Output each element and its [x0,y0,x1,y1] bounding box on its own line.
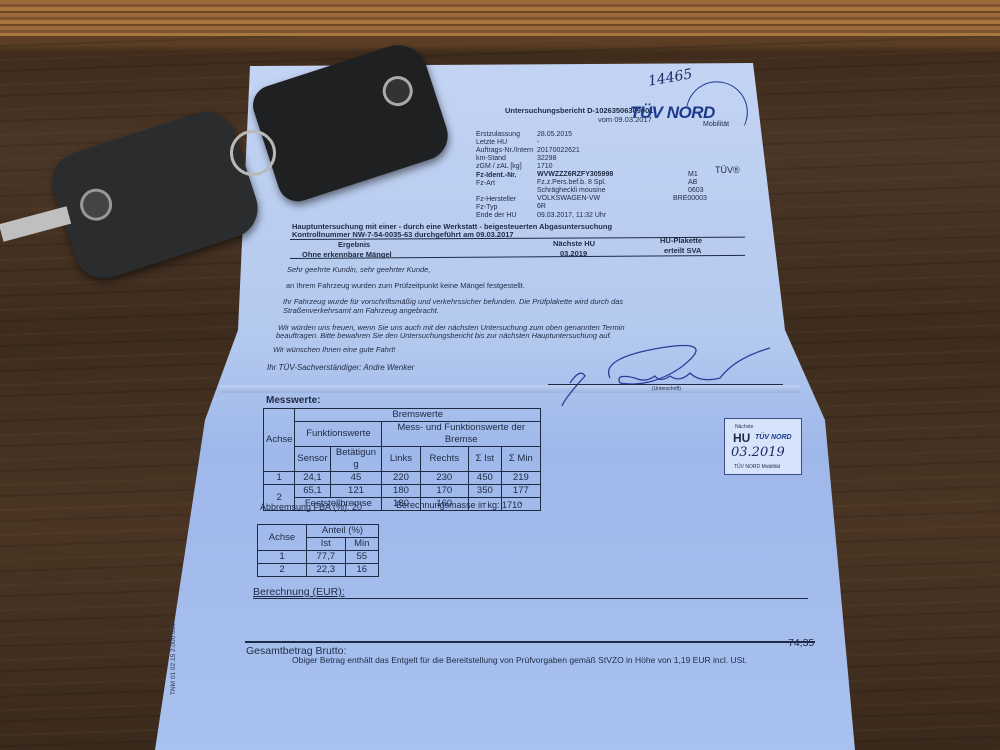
header-achse: Achse [264,409,295,472]
vehicle-field-label: Ende der HU [476,212,516,219]
result-label: Ergebnis [338,240,370,249]
divider [253,598,808,599]
vehicle-field-value: 32298 [537,155,556,162]
vehicle-field-label: Erstzulassung [476,131,520,138]
header-bremswerte: Bremswerte [295,409,541,422]
vehicle-field-label: km-Stand [476,155,506,162]
inspector: Ihr TÜV-Sachverständiger: Andre Wenker [267,363,414,372]
plakette-label: HU-Plakette [660,236,702,245]
key-ring [230,130,276,176]
letter-p1: an Ihrem Fahrzeug wurden zum Prüfzeitpun… [286,281,525,290]
fee-note: Obiger Betrag enthält das Entgelt für di… [292,655,747,665]
form-code: TNM 01 02.15 2.000.000 [170,623,177,695]
vehicle-field-label: Fz-Ident.-Nr. [476,172,516,179]
plakette-value: erteilt SVA [664,246,701,255]
vehicle-code: BRE00003 [673,195,707,202]
vehicle-field-value: Fz.z.Pers.bef.b. 8 Spl. [537,179,606,186]
next-hu-label: Nächste HU [553,239,595,248]
table-row: 124,145220230450219 [264,472,541,485]
vehicle-field-value: WVWZZZ6RZFY305998 [537,171,613,178]
vehicle-field-value: 1710 [537,163,553,170]
brake-values-table: AchseBremswerte FunktionswerteMess- und … [263,408,541,511]
header-min: Min [345,538,378,551]
vehicle-code: 0603 [688,187,704,194]
axle-share-table: AchseAnteil (%) IstMin 177,755 222,316 [257,524,379,577]
table-row: 222,316 [258,564,379,577]
letter-p2a: Ihr Fahrzeug wurde für vorschriftsmäßig … [283,297,623,306]
vehicle-field-label: Letzte HU [476,139,507,146]
salutation: Sehr geehrte Kundin, sehr geehrter Kunde… [287,265,430,274]
header-rechts: Rechts [420,447,469,472]
letter-p2b: Straßenverkehrsamt am Fahrzeug angebrach… [283,306,439,315]
vehicle-field-value: 09.03.2017, 11:32 Uhr [537,212,606,219]
tuv-nord-logo: TÜV NORD [630,103,715,123]
vehicle-field-value: - [537,139,539,146]
vehicle-field-value: 6R [537,203,546,210]
vehicle-code: M1 [688,171,698,178]
header-betaetigung: Betätigun g [330,447,382,472]
signature-icon [560,338,790,408]
divider [245,641,815,643]
vehicle-field-value: Schrägheckli mousine [537,187,605,194]
header-achse: Achse [258,525,307,551]
header-sensor: Sensor [295,447,330,472]
header-links: Links [382,447,420,472]
berechnungsmasse: Berechnungsmasse in kg: 1710 [396,500,522,510]
header-funktionswerte: Funktionswerte [295,422,382,447]
abbremsung: Abbremsung FBA (%): 20 [260,502,362,512]
vehicle-field-value: VOLKSWAGEN-VW [537,195,600,202]
header-sum-min: Σ Min [501,447,540,472]
vehicle-field-value: 28.05.2015 [537,131,572,138]
messwerte-title: Messwerte: [266,395,320,406]
table-row: 265,1121180170350177 [264,485,541,498]
vehicle-field-label: zGM / zAL [kg] [476,163,522,170]
berechnung-title: Berechnung (EUR): [253,586,345,598]
table-row: 177,755 [258,551,379,564]
header-anteil: Anteil (%) [306,525,378,538]
vehicle-field-label: Auftrags-Nr./Intern [476,147,533,154]
signature-label: (Unterschrift) [652,386,681,392]
header-mess: Mess- und Funktionswerte der Bremse [382,422,541,447]
vehicle-field-label: Fz-Hersteller [476,196,516,203]
hu-sticker: Nächste HU TÜV NORD 03.2019 TÜV NORD Mob… [724,418,802,475]
total-value: 74,35 [788,637,814,649]
vehicle-field-label: Fz-Art [476,180,495,187]
header-ist: Ist [306,538,345,551]
letter-p4: Wir wünschen Ihnen eine gute Fahrt! [273,345,396,354]
header-sum-ist: Σ Ist [469,447,502,472]
vehicle-code: AB [688,179,697,186]
wooden-wall-edge [0,0,1000,36]
vehicle-field-value: 20170022621 [537,147,580,154]
vehicle-field-label: Fz-Typ [476,204,497,211]
logo-sub: Mobilität [703,121,729,128]
tuv-mark: TÜV® [715,165,740,175]
